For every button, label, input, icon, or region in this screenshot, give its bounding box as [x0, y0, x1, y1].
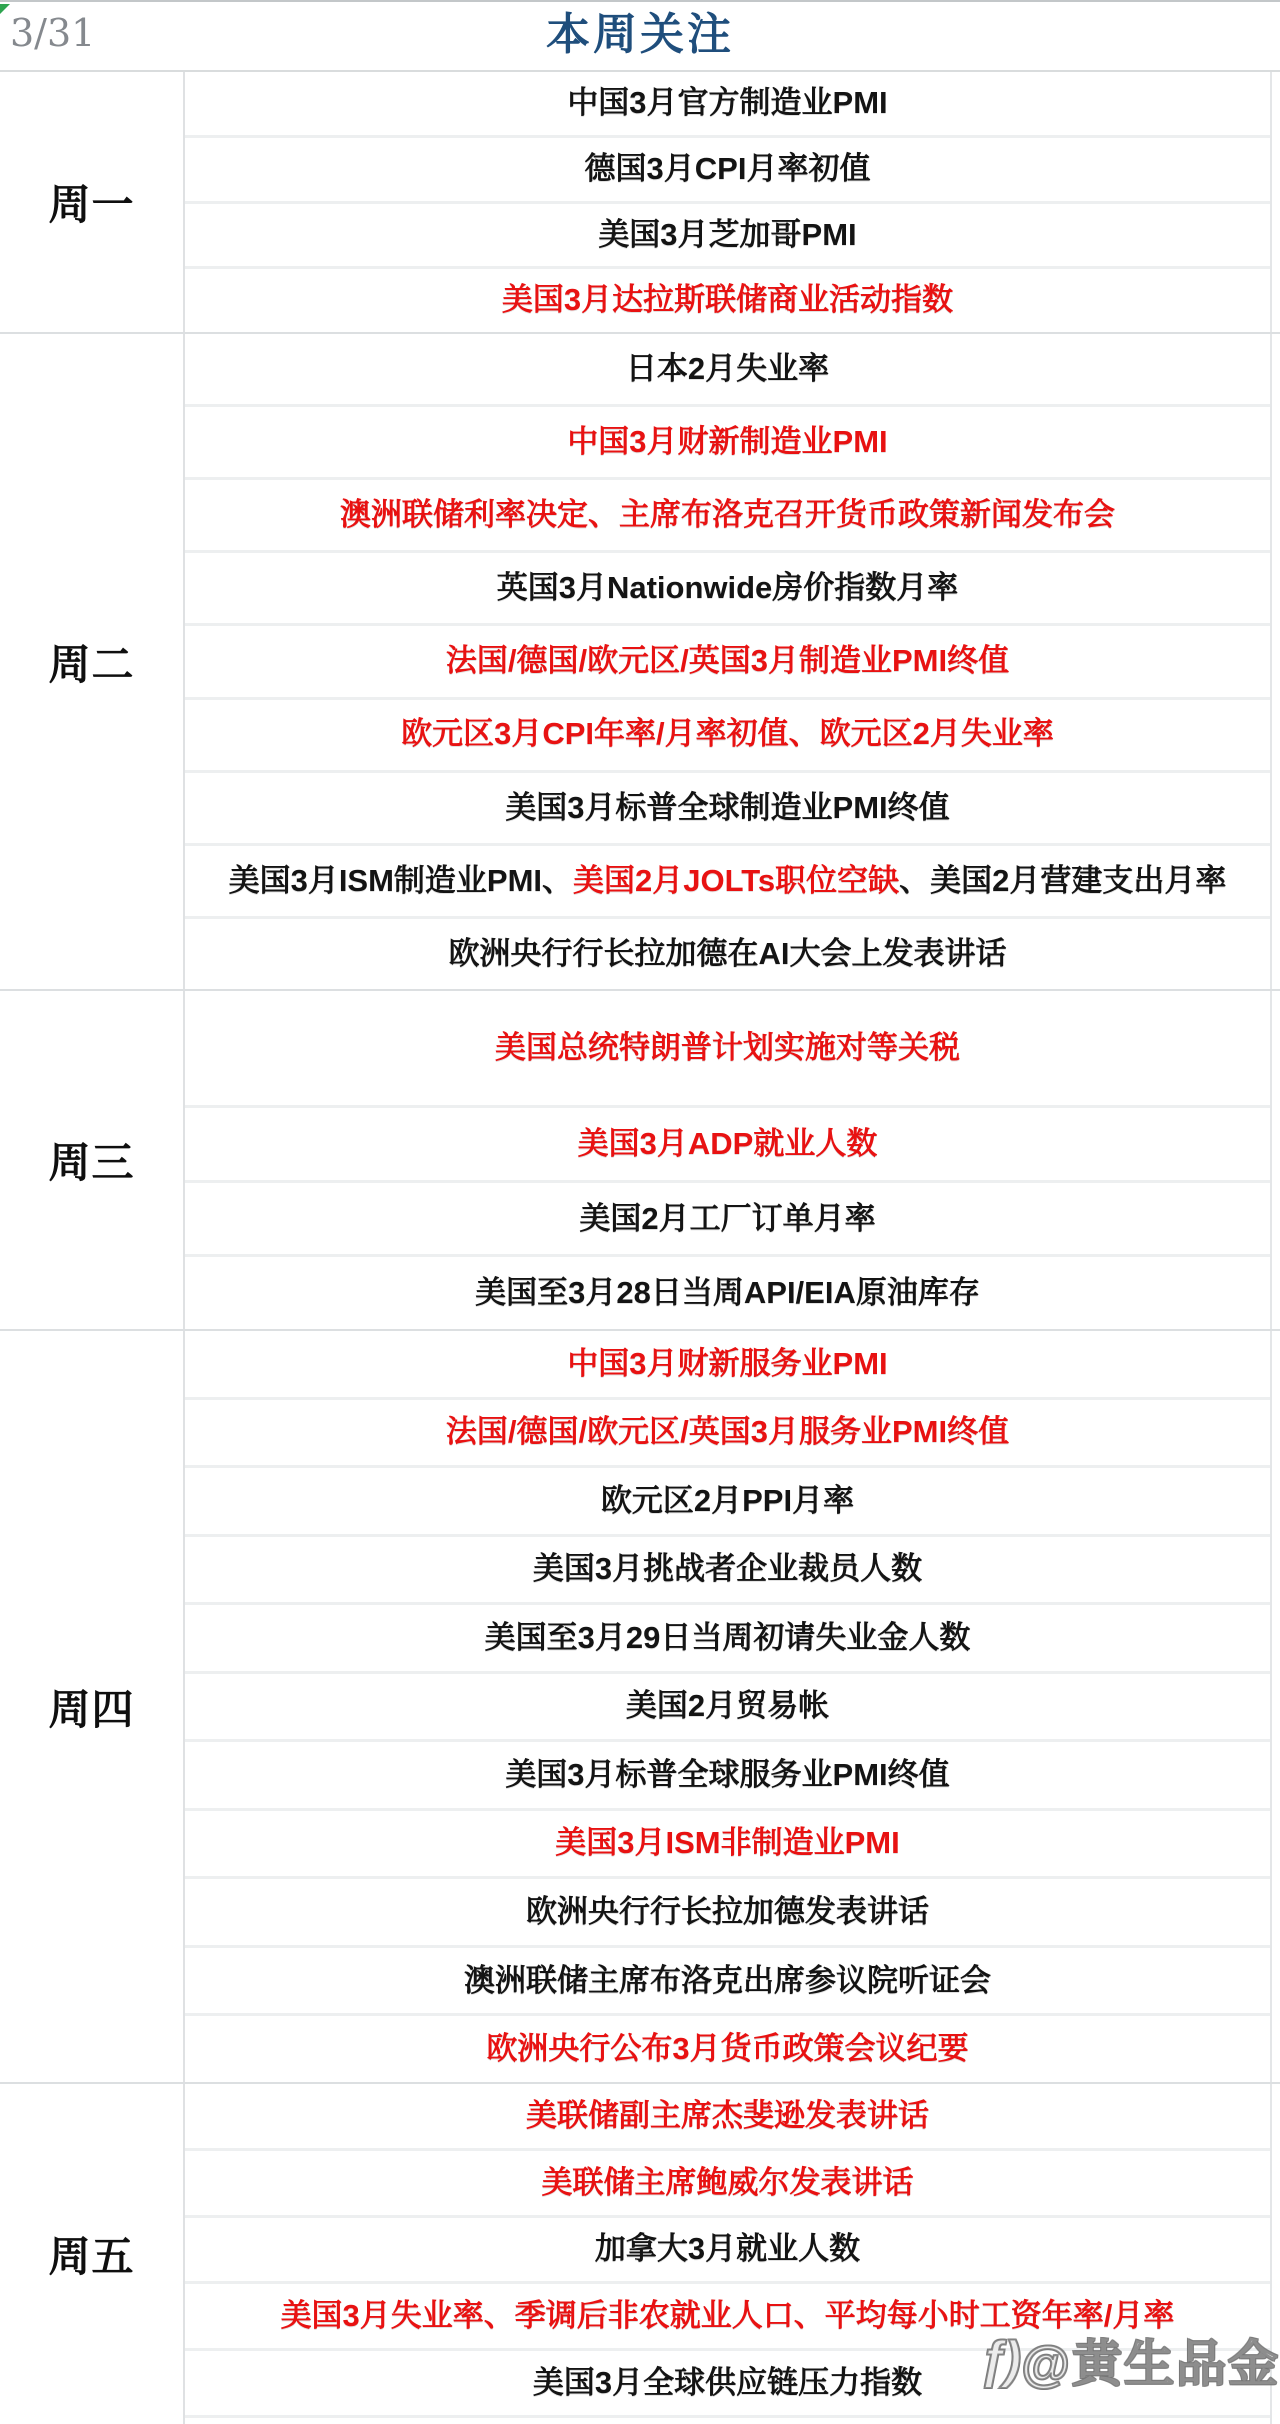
event-segment: 澳洲联储主席布洛克出席参议院听证会	[464, 1963, 991, 1998]
event-row: 美国至3月28日当周API/EIA原油库存	[185, 1254, 1270, 1329]
event-row: 德国3月CPI月率初值	[185, 135, 1270, 201]
event-row: 美国3月ISM非制造业PMI	[185, 1808, 1270, 1877]
day-events: 中国3月官方制造业PMI德国3月CPI月率初值美国3月芝加哥PMI美国3月达拉斯…	[185, 72, 1272, 332]
event-row: 美国3月ISM制造业PMI、美国2月JOLTs职位空缺、美国2月营建支出月率	[185, 843, 1270, 916]
event-text: 美国3月芝加哥PMI	[598, 215, 856, 255]
event-segment: 美国3月全球供应链压力指数	[533, 2365, 922, 2400]
event-row: 欧元区3月CPI年率/月率初值、欧元区2月失业率	[185, 697, 1270, 770]
event-text: 法国/德国/欧元区/英国3月服务业PMI终值	[446, 1412, 1009, 1452]
watermark: ƒ) @黄生品金	[979, 2324, 1280, 2396]
date-label: 3/31	[10, 2, 95, 64]
event-segment: 中国3月官方制造业PMI	[567, 85, 887, 120]
event-text: 美国3月ADP就业人数	[578, 1124, 878, 1164]
week-table: 周一中国3月官方制造业PMI德国3月CPI月率初值美国3月芝加哥PMI美国3月达…	[0, 72, 1280, 2424]
day-events: 中国3月财新服务业PMI法国/德国/欧元区/英国3月服务业PMI终值欧元区2月P…	[185, 1331, 1272, 2082]
event-text: 澳洲联储主席布洛克出席参议院听证会	[464, 1961, 991, 2001]
event-text: 美国3月达拉斯联储商业活动指数	[502, 280, 953, 320]
event-segment: 美国3月标普全球服务业PMI终值	[505, 1757, 949, 1792]
event-row: 中国3月官方制造业PMI	[185, 72, 1270, 135]
event-text: 美国3月挑战者企业裁员人数	[533, 1549, 922, 1589]
event-text: 欧洲央行行长拉加德在AI大会上发表讲话	[449, 934, 1007, 974]
event-text: 美国3月全球供应链压力指数	[533, 2363, 922, 2403]
event-text: 中国3月官方制造业PMI	[567, 83, 887, 123]
event-row: 欧洲央行公布3月货币政策会议纪要	[185, 2013, 1270, 2082]
event-row: 美国3月挑战者企业裁员人数	[185, 1534, 1270, 1603]
event-segment: 欧元区2月PPI月率	[601, 1483, 854, 1518]
watermark-handle: @黄生品金	[1021, 2324, 1280, 2396]
event-text: 日本2月失业率	[626, 349, 829, 389]
event-segment: 欧洲央行公布3月货币政策会议纪要	[486, 2031, 968, 2066]
day-events: 美国总统特朗普计划实施对等关税美国3月ADP就业人数美国2月工厂订单月率美国至3…	[185, 991, 1272, 1329]
event-text: 美国至3月28日当周API/EIA原油库存	[475, 1273, 980, 1313]
event-row: 澳洲联储主席布洛克出席参议院听证会	[185, 1945, 1270, 2014]
event-row: 美国总统特朗普计划实施对等关税	[185, 991, 1270, 1105]
event-row: 美国3月ADP就业人数	[185, 1105, 1270, 1180]
event-row: 中国3月财新服务业PMI	[185, 1331, 1270, 1397]
event-text: 英国3月Nationwide房价指数月率	[497, 568, 959, 608]
event-text: 美国2月贸易帐	[626, 1686, 829, 1726]
event-segment: 美联储副主席杰斐逊发表讲话	[526, 2098, 929, 2133]
watermark-logo-icon: ƒ)	[979, 2330, 1017, 2390]
event-segment: 美国总统特朗普计划实施对等关税	[495, 1030, 960, 1065]
event-segment: 法国/德国/欧元区/英国3月服务业PMI终值	[446, 1414, 1009, 1449]
event-segment: 美国3月达拉斯联储商业活动指数	[502, 282, 953, 317]
event-segment: 美国至3月29日当周初请失业金人数	[485, 1620, 971, 1655]
header: 3/31 本周关注	[0, 2, 1280, 72]
event-row: 日本2月失业率	[185, 334, 1270, 404]
page-title: 本周关注	[0, 2, 1280, 68]
event-segment: 美联储主席鲍威尔发表讲话	[542, 2165, 914, 2200]
day-label: 周二	[0, 334, 185, 989]
event-text: 美国3月ISM制造业PMI、美国2月JOLTs职位空缺、美国2月营建支出月率	[229, 861, 1227, 901]
event-text: 美联储主席鲍威尔发表讲话	[542, 2163, 914, 2203]
event-segment: 英国3月Nationwide房价指数月率	[497, 570, 959, 605]
event-text: 美国至3月29日当周初请失业金人数	[485, 1618, 971, 1658]
event-text: 欧洲央行行长拉加德发表讲话	[526, 1892, 929, 1932]
day-label: 周一	[0, 72, 185, 332]
event-row: 美联储主席鲍威尔发表讲话	[185, 2148, 1270, 2215]
event-segment: 法国/德国/欧元区/英国3月制造业PMI终值	[446, 643, 1009, 678]
event-row: 中国3月财新制造业PMI	[185, 404, 1270, 477]
event-text: 欧洲央行公布3月货币政策会议纪要	[486, 2029, 968, 2069]
event-segment: 德国3月CPI月率初值	[585, 151, 871, 186]
event-segment: 中国3月财新制造业PMI	[567, 424, 887, 459]
event-text: 欧元区3月CPI年率/月率初值、欧元区2月失业率	[401, 714, 1054, 754]
event-segment: 美国3月芝加哥PMI	[598, 217, 856, 252]
day-label: 周三	[0, 991, 185, 1329]
event-segment: 美国至3月28日当周API/EIA原油库存	[475, 1275, 980, 1310]
event-text: 美国3月ISM非制造业PMI	[555, 1823, 899, 1863]
event-text: 美国3月标普全球制造业PMI终值	[505, 788, 949, 828]
event-text: 美联储副主席杰斐逊发表讲话	[526, 2096, 929, 2136]
day-label: 周五	[0, 2084, 185, 2424]
weekly-focus-sheet: 3/31 本周关注 周一中国3月官方制造业PMI德国3月CPI月率初值美国3月芝…	[0, 0, 1280, 2424]
day-events: 日本2月失业率中国3月财新制造业PMI澳洲联储利率决定、主席布洛克召开货币政策新…	[185, 334, 1272, 989]
event-text: 澳洲联储利率决定、主席布洛克召开货币政策新闻发布会	[340, 495, 1115, 535]
day-group: 周三美国总统特朗普计划实施对等关税美国3月ADP就业人数美国2月工厂订单月率美国…	[0, 989, 1280, 1329]
event-row: 澳洲联储利率决定、主席布洛克召开货币政策新闻发布会	[185, 477, 1270, 550]
day-group: 周一中国3月官方制造业PMI德国3月CPI月率初值美国3月芝加哥PMI美国3月达…	[0, 72, 1280, 332]
event-row: 美国至3月29日当周初请失业金人数	[185, 1602, 1270, 1671]
event-segment: 中国3月财新服务业PMI	[567, 1346, 887, 1381]
event-segment: 美国3月ISM非制造业PMI	[555, 1825, 899, 1860]
event-segment: 加拿大3月就业人数	[595, 2231, 860, 2266]
event-row: 美国2月贸易帐	[185, 1671, 1270, 1740]
event-segment: 澳洲联储利率决定、主席布洛克召开货币政策新闻发布会	[340, 497, 1115, 532]
event-row: 英国3月Nationwide房价指数月率	[185, 550, 1270, 623]
event-text: 加拿大3月就业人数	[595, 2229, 860, 2269]
day-group: 周四中国3月财新服务业PMI法国/德国/欧元区/英国3月服务业PMI终值欧元区2…	[0, 1329, 1280, 2082]
event-segment: 美国2月贸易帐	[626, 1688, 829, 1723]
event-text: 美国3月标普全球服务业PMI终值	[505, 1755, 949, 1795]
event-segment: 日本2月失业率	[626, 351, 829, 386]
event-row: 法国/德国/欧元区/英国3月服务业PMI终值	[185, 1397, 1270, 1466]
event-segment: 欧元区3月CPI年率/月率初值、欧元区2月失业率	[401, 716, 1054, 751]
event-row: 美国3月芝加哥PMI	[185, 201, 1270, 267]
day-label: 周四	[0, 1331, 185, 2082]
sheet-corner-marker	[0, 4, 10, 14]
event-row: 欧洲央行行长拉加德发表讲话	[185, 1876, 1270, 1945]
event-segment: 美国3月ADP就业人数	[578, 1126, 878, 1161]
event-segment: 美国2月JOLTs职位空缺	[573, 863, 899, 898]
event-row: 欧元区2月PPI月率	[185, 1465, 1270, 1534]
event-segment: 欧洲央行行长拉加德发表讲话	[526, 1894, 929, 1929]
event-text: 欧元区2月PPI月率	[601, 1481, 854, 1521]
event-row: 美国3月标普全球制造业PMI终值	[185, 770, 1270, 843]
event-text: 美国总统特朗普计划实施对等关税	[495, 1028, 960, 1068]
event-segment: 美国3月标普全球制造业PMI终值	[505, 790, 949, 825]
event-text: 美国2月工厂订单月率	[579, 1199, 875, 1239]
event-text: 中国3月财新服务业PMI	[567, 1344, 887, 1384]
day-group: 周二日本2月失业率中国3月财新制造业PMI澳洲联储利率决定、主席布洛克召开货币政…	[0, 332, 1280, 989]
event-row: 美国3月标普全球服务业PMI终值	[185, 1739, 1270, 1808]
event-text: 法国/德国/欧元区/英国3月制造业PMI终值	[446, 641, 1009, 681]
event-segment: 美国2月工厂订单月率	[579, 1201, 875, 1236]
event-row: 美联储副主席杰斐逊发表讲话	[185, 2084, 1270, 2148]
event-segment: 、美国2月营建支出月率	[899, 863, 1226, 898]
event-row: 加拿大3月就业人数	[185, 2215, 1270, 2282]
event-row: 法国/德国/欧元区/英国3月制造业PMI终值	[185, 623, 1270, 696]
event-segment: 美国3月挑战者企业裁员人数	[533, 1551, 922, 1586]
event-segment: 美国3月ISM制造业PMI、	[229, 863, 573, 898]
event-text: 德国3月CPI月率初值	[585, 149, 871, 189]
event-row: 欧洲央行行长拉加德在AI大会上发表讲话	[185, 916, 1270, 989]
event-text: 中国3月财新制造业PMI	[567, 422, 887, 462]
event-row: 美国3月达拉斯联储商业活动指数	[185, 266, 1270, 332]
event-row: 美国2月工厂订单月率	[185, 1180, 1270, 1255]
event-segment: 欧洲央行行长拉加德在AI大会上发表讲话	[449, 936, 1007, 971]
